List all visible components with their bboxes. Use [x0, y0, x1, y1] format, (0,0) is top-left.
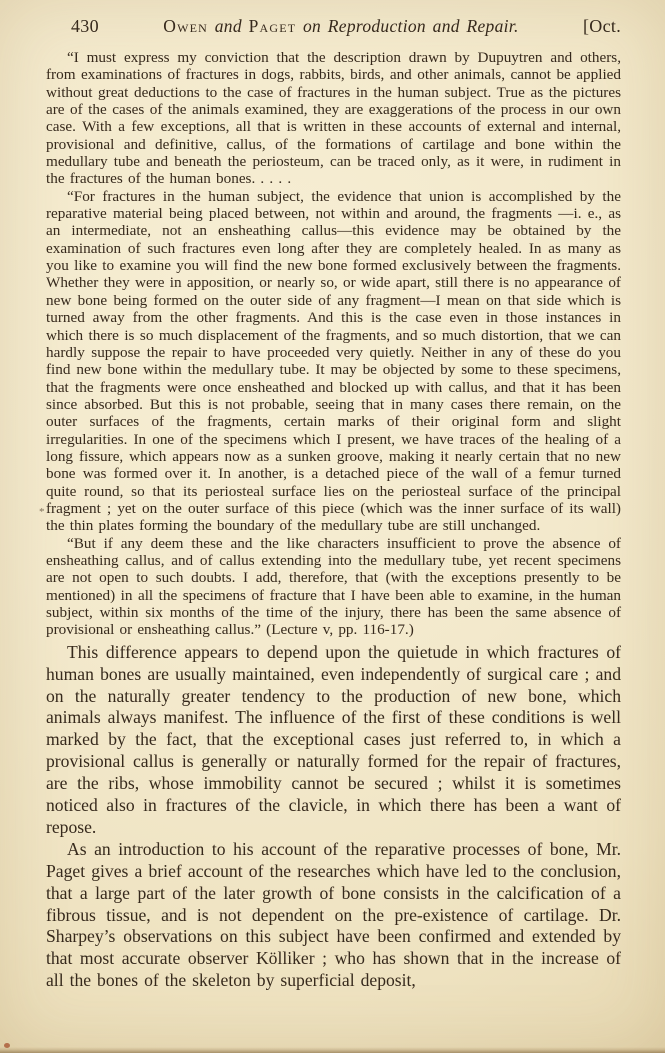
- page-body: “I must express my conviction that the d…: [46, 49, 621, 992]
- running-header: 430 Owen and Paget on Reproduction and R…: [46, 16, 621, 37]
- running-title-subject: on Reproduction and Repair.: [303, 16, 519, 36]
- running-title-conjunction: and: [215, 16, 242, 36]
- quoted-paragraph-2: “For fractures in the human subject, the…: [46, 188, 621, 535]
- body-paragraph-1: This difference appears to depend upon t…: [46, 642, 621, 839]
- printers-margin-mark: *: [39, 506, 45, 518]
- scanned-journal-page: 430 Owen and Paget on Reproduction and R…: [0, 0, 665, 1053]
- body-paragraph-2: As an introduction to his account of the…: [46, 839, 621, 992]
- running-title-author-paget: Paget: [249, 16, 297, 36]
- page-number: 430: [46, 16, 99, 37]
- issue-month-tag: [Oct.: [583, 16, 621, 37]
- running-title-author-owen: Owen: [163, 16, 208, 36]
- quoted-paragraph-3: “But if any deem these and the like char…: [46, 535, 621, 639]
- paper-speck: [4, 1043, 10, 1048]
- running-title: Owen and Paget on Reproduction and Repai…: [99, 16, 583, 37]
- quoted-paragraph-1: “I must express my conviction that the d…: [46, 49, 621, 188]
